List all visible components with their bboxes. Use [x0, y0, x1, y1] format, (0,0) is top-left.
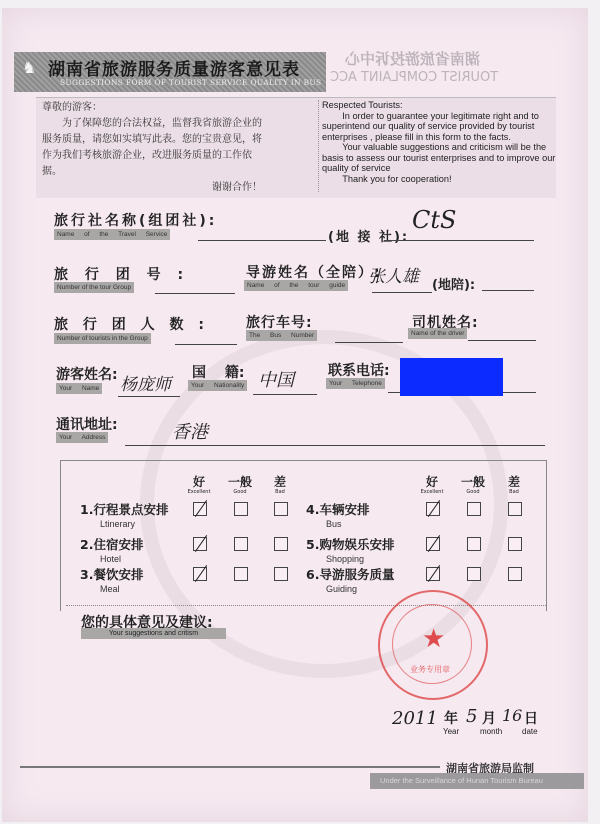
rating-item-label-en: Hotel: [100, 554, 121, 564]
tour-guide-value: 张人雄: [368, 262, 419, 287]
checkbox-excellent[interactable]: [426, 502, 440, 516]
footer-rule: [20, 766, 440, 768]
checkbox-excellent[interactable]: [193, 502, 207, 516]
date-year-en: Year: [443, 727, 459, 736]
rating-header-en: Excellent: [179, 489, 219, 495]
driver-name-field[interactable]: [468, 340, 536, 341]
rating-header-excellent: 好Excellent: [412, 473, 452, 495]
checkbox-bad[interactable]: [274, 502, 288, 516]
tour-guide-field[interactable]: [372, 292, 432, 293]
address-label-en: Your Address: [56, 432, 108, 443]
intro-cn-thanks: 谢谢合作！: [42, 180, 262, 196]
rating-item-label-en: Ltinerary: [100, 519, 135, 529]
date-month-label: 月: [482, 708, 496, 728]
rating-header-cn: 一般: [461, 475, 485, 489]
star-icon: ★: [422, 624, 445, 654]
rating-item-label: 4.车辆安排: [306, 500, 369, 518]
address-label: 通讯地址:: [56, 414, 118, 434]
nationality-value: 中国: [258, 366, 294, 392]
rating-header-good: 一般Good: [220, 473, 260, 495]
rating-header-en: Bad: [494, 489, 534, 495]
travel-service-field[interactable]: [198, 240, 326, 241]
tour-group-label-en: Number of the tour Group: [54, 282, 134, 293]
checkbox-bad[interactable]: [274, 567, 288, 581]
date-day-label: 日: [524, 708, 538, 728]
rating-item-label: 5.购物娱乐安排: [306, 535, 394, 553]
tourist-name-label: 游客姓名:: [56, 364, 118, 384]
local-agency-value: CtS: [412, 206, 456, 234]
rating-header-bad: 差Bad: [260, 473, 300, 495]
nationality-label-en: Your Nationality: [188, 380, 247, 391]
rating-item-label-en: Meal: [100, 584, 120, 594]
checkbox-good[interactable]: [234, 567, 248, 581]
form-subtitle: SUGGESTIONS FORM OF TOURIST SERVICE QUAL…: [60, 78, 321, 87]
local-agency-label: (地 接 社):: [328, 226, 409, 245]
rating-item-label-en: Bus: [326, 519, 342, 529]
checkbox-good[interactable]: [467, 567, 481, 581]
tourist-name-value: 杨庞师: [120, 370, 171, 395]
intro-en-p2: Your valuable suggestions and criticism …: [322, 142, 562, 174]
rating-header-cn: 一般: [228, 475, 252, 489]
num-tourists-label-en: Number of tourists in the Group: [54, 333, 151, 344]
rating-item-label: 2.住宿安排: [80, 535, 143, 553]
checkbox-good[interactable]: [234, 537, 248, 551]
checkbox-good[interactable]: [467, 537, 481, 551]
local-guide-label: (地陪):: [432, 274, 475, 293]
seal-text: 业务专用章: [410, 664, 450, 675]
travel-service-label-en: Name of the Travel Service: [54, 229, 170, 240]
telephone-label: 联系电话:: [328, 360, 390, 380]
driver-name-label-en: Name of the driver: [408, 328, 467, 339]
rating-header-good: 一般Good: [453, 473, 493, 495]
intro-cn-body: 为了保障您的合法权益，监督我省旅游企业的服务质量，请您如实填写此表。您的宝贵意见…: [42, 116, 262, 180]
checkbox-bad[interactable]: [508, 537, 522, 551]
telephone-redaction: [400, 358, 503, 396]
intro-english: Respected Tourists: In order to guarante…: [322, 100, 562, 184]
bus-number-field[interactable]: [335, 342, 403, 343]
checkbox-bad[interactable]: [508, 567, 522, 581]
num-tourists-label: 旅 行 团 人 数 :: [54, 314, 209, 334]
tour-group-field[interactable]: [155, 293, 235, 294]
rating-item-label: 1.行程景点安排: [80, 500, 168, 518]
bus-number-label-en: The Bus Number: [246, 330, 317, 341]
local-guide-field[interactable]: [482, 290, 534, 291]
rating-header-cn: 好: [193, 475, 205, 489]
address-field[interactable]: [125, 445, 545, 446]
intro-cn-greeting: 尊敬的游客：: [42, 100, 262, 116]
date-month-value: 5: [466, 706, 477, 727]
intro-en-thanks: Thank you for cooperation!: [322, 174, 562, 185]
rating-header-cn: 差: [274, 475, 286, 489]
nationality-field[interactable]: [253, 394, 317, 395]
intro-divider: [318, 100, 319, 192]
rating-header-excellent: 好Excellent: [179, 473, 219, 495]
rating-header-cn: 好: [426, 475, 438, 489]
rating-header-bad: 差Bad: [494, 473, 534, 495]
address-value: 香港: [172, 418, 208, 444]
rating-header-en: Good: [453, 489, 493, 495]
rating-header-en: Bad: [260, 489, 300, 495]
form-title: 湖南省旅游服务质量游客意见表: [48, 55, 300, 80]
checkbox-excellent[interactable]: [193, 567, 207, 581]
date-month-en: month: [480, 727, 502, 736]
ghost-title-cn: 湖南省旅游投诉中心: [345, 48, 480, 69]
checkbox-good[interactable]: [234, 502, 248, 516]
tour-group-label: 旅 行 团 号 :: [54, 264, 189, 284]
nationality-label: 国 籍:: [192, 362, 244, 382]
num-tourists-field[interactable]: [175, 344, 237, 345]
horse-logo-icon: ♞: [22, 58, 42, 78]
checkbox-good[interactable]: [467, 502, 481, 516]
tourist-name-field[interactable]: [118, 396, 180, 397]
footer-supervisor-en: Under the Surveillance of Hunan Tourism …: [380, 776, 543, 785]
checkbox-excellent[interactable]: [426, 537, 440, 551]
checkbox-bad[interactable]: [274, 537, 288, 551]
telephone-label-en: Your Telephone: [326, 378, 385, 389]
intro-en-p1: In order to guarantee your legitimate ri…: [322, 111, 562, 143]
date-day-en: date: [522, 727, 538, 736]
suggestions-label-en: Your suggestions and critism: [81, 628, 226, 639]
date-day-value: 16: [502, 706, 522, 725]
tourist-name-label-en: Your Name: [56, 383, 102, 394]
date-year-label: 年: [444, 708, 458, 728]
rating-item-label-en: Shopping: [326, 554, 364, 564]
ghost-title-en: TOURIST COMPLAINT ACC: [330, 70, 498, 85]
travel-service-label: 旅行社名称(组团社):: [54, 210, 217, 230]
company-seal: ★ 业务专用章: [378, 590, 488, 700]
date-year-value: 2011: [392, 708, 438, 729]
tour-guide-label-en: Name of the tour guide: [244, 280, 348, 291]
rating-header-cn: 差: [508, 475, 520, 489]
intro-chinese: 尊敬的游客： 为了保障您的合法权益，监督我省旅游企业的服务质量，请您如实填写此表…: [42, 100, 262, 196]
local-agency-field[interactable]: [384, 240, 534, 241]
checkbox-excellent[interactable]: [193, 537, 207, 551]
rating-item-label-en: Guiding: [326, 584, 357, 594]
tour-guide-label: 导游姓名（全陪）:: [246, 262, 382, 282]
rating-item-label: 6.导游服务质量: [306, 565, 394, 583]
intro-en-greeting: Respected Tourists:: [322, 100, 562, 111]
checkbox-bad[interactable]: [508, 502, 522, 516]
bus-number-label: 旅行车号:: [246, 312, 313, 332]
suggestions-divider: [66, 605, 546, 606]
checkbox-excellent[interactable]: [426, 567, 440, 581]
rating-item-label: 3.餐饮安排: [80, 565, 143, 583]
rating-header-en: Good: [220, 489, 260, 495]
rating-header-en: Excellent: [412, 489, 452, 495]
